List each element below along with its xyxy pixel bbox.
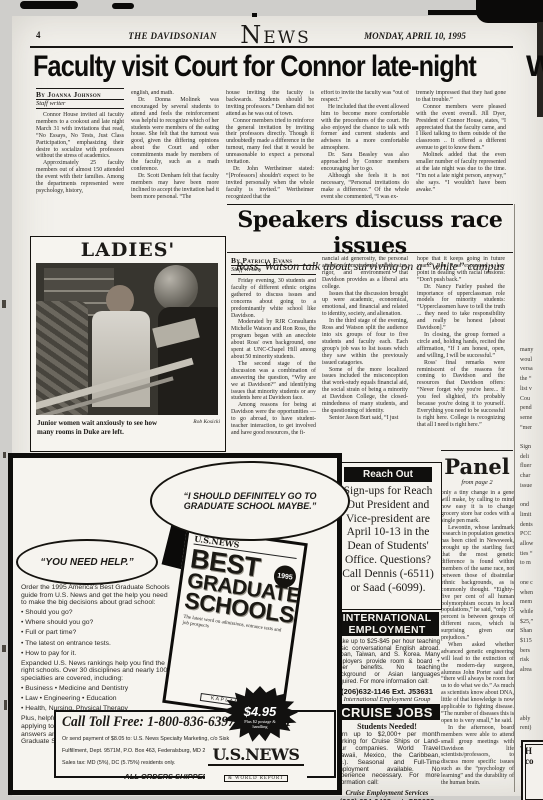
issue-date: MONDAY, APRIL 10, 1995 [345,31,485,41]
scan-artifact [2,645,6,652]
panel-continued-from: from page 2 [441,479,513,486]
faculty-article-column-1: Connor House invited all faculty members… [36,112,124,204]
reach-out-body: Sign-ups for Reach Out President and Vic… [335,485,441,595]
intl-employment-ad: INTERNATIONAL EMPLOYMENT Make up to $25-… [334,612,440,703]
photo-credit: Rob Kosicki [193,419,220,425]
speech-bubble-1: “I SHOULD DEFINITELY GO TO GRADUATE SCHO… [150,461,350,541]
speakers-article-header: Speakers discuss race issues Ross, Watso… [227,204,513,255]
panel-rule [441,450,513,451]
fragment-line: H [525,746,543,756]
news-photo [36,263,218,415]
cruise-jobs-ad: CRUISE JOBS Students Needed! Earn up to … [334,704,440,800]
byline-author: By Joanna Johnson [36,90,124,99]
adjacent-column-fragments: manywoulversathe “list vCoupendseme“merS… [520,346,543,786]
scan-artifact [3,452,6,458]
adjacent-box-fragment: H co [521,740,543,800]
intl-ad-company: International Employment Group [334,696,440,703]
scan-artifact [476,0,543,23]
magazine-cover-wrap: U.S.NEWS BEST GRADUATE SCHOOLS 1995 The … [172,532,296,712]
byline-role: Staff writer [231,265,316,273]
speakers-column-3: hope that it keeps going in future years… [417,256,505,446]
speakers-column-1: Friday evening, 30 students and faculty … [231,278,316,448]
scan-artifact [2,300,6,308]
byline-author: By Patricia Evans [231,256,316,265]
usnews-logo-title: U.S.NEWS [208,745,304,766]
header-rule [30,46,513,48]
adjacent-headline-fragment: W [526,50,543,84]
price-note: Plus $2 postage & handling [237,719,283,729]
faculty-byline: By Joanna Johnson Staff writer [36,88,124,109]
intl-ad-phone: (206)632-1146 Ext. J53631 [334,687,440,696]
photo-caption: Junior women wait anxiously to see how m… [37,419,175,436]
newspaper-scan-page: 4 THE DAVIDSONIAN NEWS MONDAY, APRIL 10,… [0,0,543,800]
section-masthead: NEWS [228,21,323,49]
newspaper-name: THE DAVIDSONIAN [100,31,245,41]
cruise-ad-header: CRUISE JOBS [334,704,440,720]
reach-out-box: Reach Out Sign-ups for Reach Out Preside… [334,462,442,610]
cruise-ad-body: Earn up to $2,000+ per month working for… [334,732,440,787]
panel-article-body: only a tiny change in a gene will make, … [441,490,514,790]
page-edge-rule [514,204,515,792]
speech-bubble-2: “YOU NEED HELP.” [16,539,158,585]
reach-out-header: Reach Out [344,467,432,482]
scan-artifact [112,3,134,9]
magazine-cover: U.S.NEWS BEST GRADUATE SCHOOLS 1995 The … [162,526,308,719]
usnews-logo-subtitle: & WORLD REPORT [224,775,288,782]
byline-role: Staff writer [36,99,124,107]
intl-ad-header-1: INTERNATIONAL [335,612,439,624]
scan-artifact [252,13,257,17]
faculty-article-column-3: house inviting the faculty is backwards.… [226,90,314,202]
faculty-article-column-4: effort to invite the faculty was “out of… [321,90,409,202]
speakers-byline: By Patricia Evans Staff writer [231,255,316,275]
intl-ad-header-2: EMPLOYMENT [335,624,439,636]
main-headline: Faculty visit Court for Connor late-nigh… [33,50,476,84]
faculty-article-column-2: english, and math.Dr. Donna Molinek was … [131,90,219,233]
photo-box: LADIES' LOTTERY Junior women wait anxiou… [30,236,226,452]
faculty-article-column-5: tremely impressed that they had gone to … [416,90,506,202]
cruise-ad-subheader: Students Needed! [334,722,440,731]
speakers-column-2: nancial aid generosity, the personal att… [322,256,408,464]
scan-artifact [20,1,78,9]
photo-balloon [154,265,198,311]
usnews-logo: U.S.NEWS & WORLD REPORT [205,744,307,785]
page-number: 4 [36,30,41,40]
scan-artifact [4,700,7,710]
fragment-line: co [525,756,543,766]
intl-ad-body: Make up to $25-$45 per hour teaching bas… [334,639,440,685]
cruise-ad-company: Cruise Employment Services [334,789,440,797]
price: $4.95 [244,704,277,719]
speakers-rule [227,252,513,253]
panel-headline: Panel [441,454,513,479]
